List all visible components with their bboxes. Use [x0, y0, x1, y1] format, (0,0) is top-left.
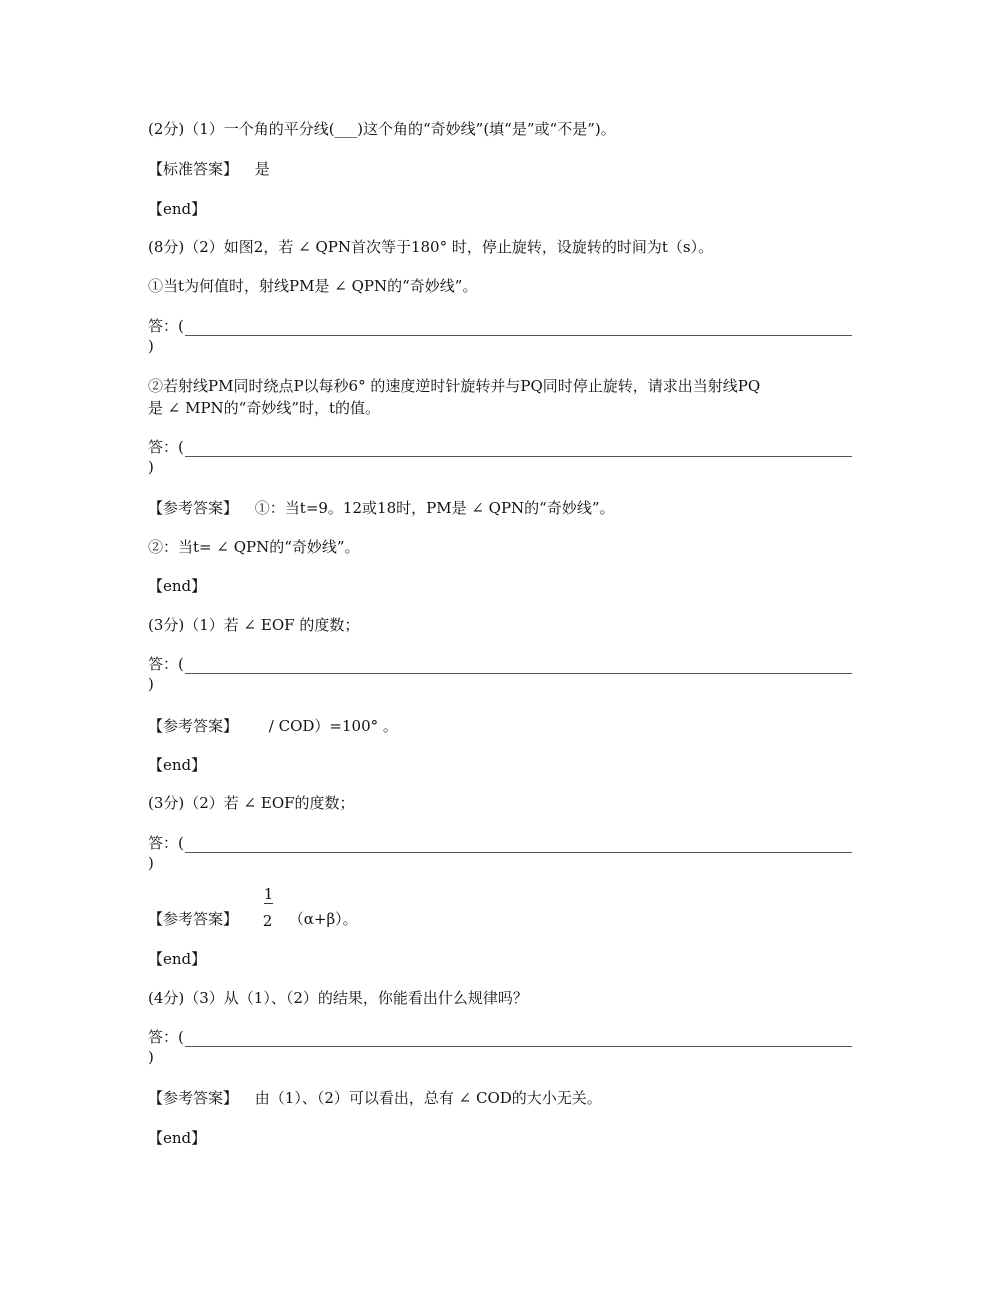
question-1-prompt: (2分)（1）一个角的平分线(___)这个角的“奇妙线”(填“是”或“不是”)。 [148, 119, 616, 139]
answer-rule[interactable] [185, 659, 852, 674]
question-5-prompt: (4分)（3）从（1）、（2）的结果，你能看出什么规律吗？ [148, 988, 528, 1008]
standard-answer-label: 【标准答案】 [148, 160, 238, 178]
question-2-answer-2: ②：当t= ∠ QPN的“奇妙线”。 [148, 537, 360, 557]
question-2-sub2-line2: 是 ∠ MPN的“奇妙线”时，t的值。 [148, 398, 380, 418]
question-2-sub1: ①当t为何值时，射线PM是 ∠ QPN的“奇妙线”。 [148, 276, 477, 296]
answer-text: （α+β）。 [289, 910, 358, 928]
blank-suffix: ) [148, 457, 852, 477]
question-5-answer: 【参考答案】 由（1）、（2）可以看出，总有 ∠ COD的大小无关。 [148, 1088, 602, 1108]
blank-suffix: ) [148, 853, 852, 873]
answer-text: ①：当t=9。12或18时，PM是 ∠ QPN的“奇妙线”。 [255, 499, 615, 517]
blank-prefix: 答：( [148, 316, 184, 336]
end-marker: 【end】 [148, 199, 206, 219]
question-2-answer-1: 【参考答案】 ①：当t=9。12或18时，PM是 ∠ QPN的“奇妙线”。 [148, 498, 615, 518]
end-marker: 【end】 [148, 755, 206, 775]
answer-blank[interactable]: 答：( ) [148, 437, 852, 477]
answer-rule[interactable] [185, 1032, 852, 1047]
answer-blank[interactable]: 答：( ) [148, 316, 852, 356]
answer-blank[interactable]: 答：( ) [148, 654, 852, 694]
blank-suffix: ) [148, 1047, 852, 1067]
answer-rule[interactable] [185, 321, 852, 336]
blank-prefix: 答：( [148, 833, 184, 853]
answer-text: 由（1）、（2）可以看出，总有 ∠ COD的大小无关。 [255, 1089, 602, 1107]
question-1-answer: 【标准答案】 是 [148, 159, 270, 179]
blank-prefix: 答：( [148, 654, 184, 674]
reference-answer-label: 【参考答案】 [148, 910, 238, 928]
end-marker: 【end】 [148, 576, 206, 596]
reference-answer-label: 【参考答案】 [148, 1089, 238, 1107]
question-3-answer: 【参考答案】 ∕ COD）=100° 。 [148, 716, 398, 736]
question-4-prompt: (3分)（2）若 ∠ EOF的度数； [148, 793, 355, 813]
reference-answer-label: 【参考答案】 [148, 499, 238, 517]
answer-blank[interactable]: 答：( ) [148, 1027, 852, 1067]
blank-prefix: 答：( [148, 437, 184, 457]
fraction-numerator: 1 [264, 885, 274, 904]
answer-rule[interactable] [185, 838, 852, 853]
answer-text: 是 [255, 160, 270, 178]
end-marker: 【end】 [148, 949, 206, 969]
question-3-prompt: (3分)（1）若 ∠ EOF 的度数； [148, 615, 359, 635]
blank-suffix: ) [148, 674, 852, 694]
fraction-denominator: 2 [263, 911, 273, 931]
end-marker: 【end】 [148, 1128, 206, 1148]
blank-prefix: 答：( [148, 1027, 184, 1047]
answer-blank[interactable]: 答：( ) [148, 833, 852, 873]
answer-text: ∕ COD）=100° 。 [269, 717, 398, 735]
fraction-one-half: 1 2 [263, 911, 277, 931]
blank-suffix: ) [148, 336, 852, 356]
answer-rule[interactable] [185, 442, 852, 457]
question-4-answer: 【参考答案】 1 2 （α+β）。 [148, 909, 358, 931]
question-2-prompt: (8分)（2）如图2，若 ∠ QPN首次等于180° 时，停止旋转，设旋转的时间… [148, 237, 713, 257]
reference-answer-label: 【参考答案】 [148, 717, 238, 735]
question-2-sub2-line1: ②若射线PM同时绕点P以每秒6° 的速度逆时针旋转并与PQ同时停止旋转，请求出当… [148, 376, 760, 396]
